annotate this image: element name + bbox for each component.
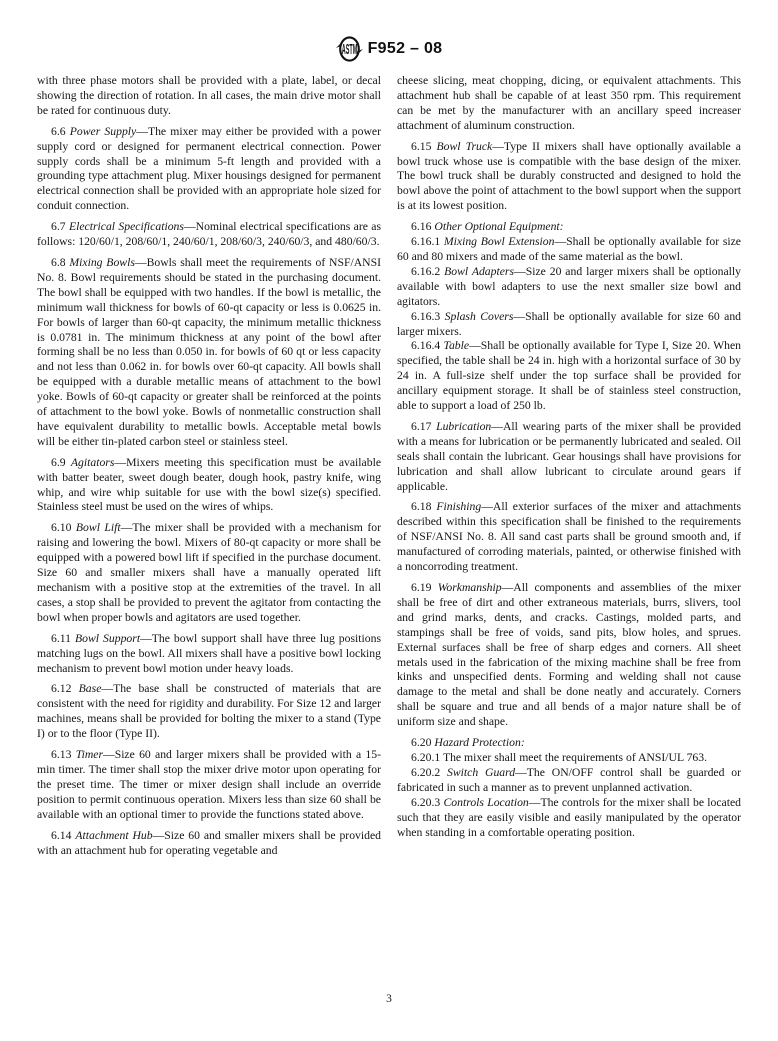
section-title: Electrical Specifications xyxy=(69,220,184,233)
section-body-text: —All components and assemblies of the mi… xyxy=(397,581,741,728)
paragraph: 6.20 Hazard Protection: xyxy=(397,736,741,751)
section-number: 6.18 xyxy=(411,500,436,513)
section-body-text: with three phase motors shall be provide… xyxy=(37,74,381,117)
paragraph: cheese slicing, meat chopping, dicing, o… xyxy=(397,74,741,134)
paragraph: 6.16.1 Mixing Bowl Extension—Shall be op… xyxy=(397,235,741,265)
column-right: cheese slicing, meat chopping, dicing, o… xyxy=(397,74,741,858)
section-number: 6.20 xyxy=(411,736,434,749)
page-number: 3 xyxy=(386,993,392,1005)
section-title: Hazard Protection: xyxy=(434,736,524,749)
paragraph: 6.6 Power Supply—The mixer may either be… xyxy=(37,125,381,214)
section-title: Bowl Truck xyxy=(437,140,493,153)
section-title: Agitators xyxy=(71,456,115,469)
paragraph: 6.19 Workmanship—All components and asse… xyxy=(397,581,741,730)
section-number: 6.10 xyxy=(51,521,76,534)
section-title: Lubrication xyxy=(436,420,491,433)
paragraph: 6.8 Mixing Bowls—Bowls shall meet the re… xyxy=(37,256,381,450)
page-footer: 3 xyxy=(0,993,778,1005)
section-title: Controls Location xyxy=(443,796,528,809)
paragraph: 6.20.1 The mixer shall meet the requirem… xyxy=(397,751,741,766)
section-number: 6.7 xyxy=(51,220,69,233)
section-title: Mixing Bowl Extension xyxy=(444,235,555,248)
paragraph: 6.15 Bowl Truck—Type II mixers shall hav… xyxy=(397,140,741,215)
astm-logo-icon: ASTM xyxy=(336,36,363,62)
paragraph: 6.18 Finishing—All exterior surfaces of … xyxy=(397,500,741,575)
section-number: 6.9 xyxy=(51,456,71,469)
section-body-text: The mixer shall meet the requirements of… xyxy=(443,751,707,764)
section-number: 6.15 xyxy=(411,140,437,153)
paragraph: 6.14 Attachment Hub—Size 60 and smaller … xyxy=(37,829,381,859)
section-title: Power Supply xyxy=(70,125,136,138)
section-title: Bowl Lift xyxy=(76,521,121,534)
section-number: 6.12 xyxy=(51,682,79,695)
section-title: Timer xyxy=(76,748,103,761)
document-body: with three phase motors shall be provide… xyxy=(37,74,741,858)
section-number: 6.6 xyxy=(51,125,70,138)
paragraph: 6.11 Bowl Support—The bowl support shall… xyxy=(37,632,381,677)
section-title: Workmanship xyxy=(438,581,502,594)
section-title: Base xyxy=(79,682,102,695)
paragraph: 6.9 Agitators—Mixers meeting this specif… xyxy=(37,456,381,516)
section-number: 6.16.1 xyxy=(411,235,444,248)
paragraph: 6.20.2 Switch Guard—The ON/OFF control s… xyxy=(397,766,741,796)
document-code: F952 – 08 xyxy=(368,40,443,58)
paragraph: 6.7 Electrical Specifications—Nominal el… xyxy=(37,220,381,250)
section-number: 6.14 xyxy=(51,829,75,842)
section-number: 6.17 xyxy=(411,420,436,433)
paragraph: 6.16 Other Optional Equipment: xyxy=(397,220,741,235)
document-page: ASTM F952 – 08 with three phase motors s… xyxy=(0,0,778,1041)
section-number: 6.11 xyxy=(51,632,75,645)
paragraph: 6.16.4 Table—Shall be optionally availab… xyxy=(397,339,741,414)
section-number: 6.16 xyxy=(411,220,434,233)
section-title: Finishing xyxy=(436,500,481,513)
paragraph: 6.13 Timer—Size 60 and larger mixers sha… xyxy=(37,748,381,823)
column-left: with three phase motors shall be provide… xyxy=(37,74,381,858)
paragraph: 6.12 Base—The base shall be constructed … xyxy=(37,682,381,742)
page-header: ASTM F952 – 08 xyxy=(0,36,778,62)
paragraph: with three phase motors shall be provide… xyxy=(37,74,381,119)
section-title: Bowl Support xyxy=(75,632,140,645)
paragraph: 6.16.3 Splash Covers—Shall be optionally… xyxy=(397,310,741,340)
section-body-text: —The mixer shall be provided with a mech… xyxy=(37,521,381,623)
section-number: 6.20.2 xyxy=(411,766,447,779)
section-title: Switch Guard xyxy=(447,766,515,779)
paragraph: 6.16.2 Bowl Adapters—Size 20 and larger … xyxy=(397,265,741,310)
section-number: 6.20.1 xyxy=(411,751,443,764)
section-number: 6.16.4 xyxy=(411,339,444,352)
paragraph: 6.17 Lubrication—All wearing parts of th… xyxy=(397,420,741,495)
section-title: Table xyxy=(444,339,470,352)
section-title: Bowl Adapters xyxy=(444,265,514,278)
section-number: 6.16.2 xyxy=(411,265,444,278)
section-title: Attachment Hub xyxy=(75,829,152,842)
section-title: Other Optional Equipment: xyxy=(434,220,563,233)
section-number: 6.20.3 xyxy=(411,796,443,809)
section-title: Splash Covers xyxy=(445,310,514,323)
section-number: 6.13 xyxy=(51,748,76,761)
section-number: 6.19 xyxy=(411,581,438,594)
svg-text:ASTM: ASTM xyxy=(341,42,357,58)
section-title: Mixing Bowls xyxy=(69,256,134,269)
section-number: 6.8 xyxy=(51,256,69,269)
section-body-text: cheese slicing, meat chopping, dicing, o… xyxy=(397,74,741,132)
paragraph: 6.10 Bowl Lift—The mixer shall be provid… xyxy=(37,521,381,625)
paragraph: 6.20.3 Controls Location—The controls fo… xyxy=(397,796,741,841)
section-body-text: —Bowls shall meet the requirements of NS… xyxy=(37,256,381,448)
section-number: 6.16.3 xyxy=(411,310,445,323)
